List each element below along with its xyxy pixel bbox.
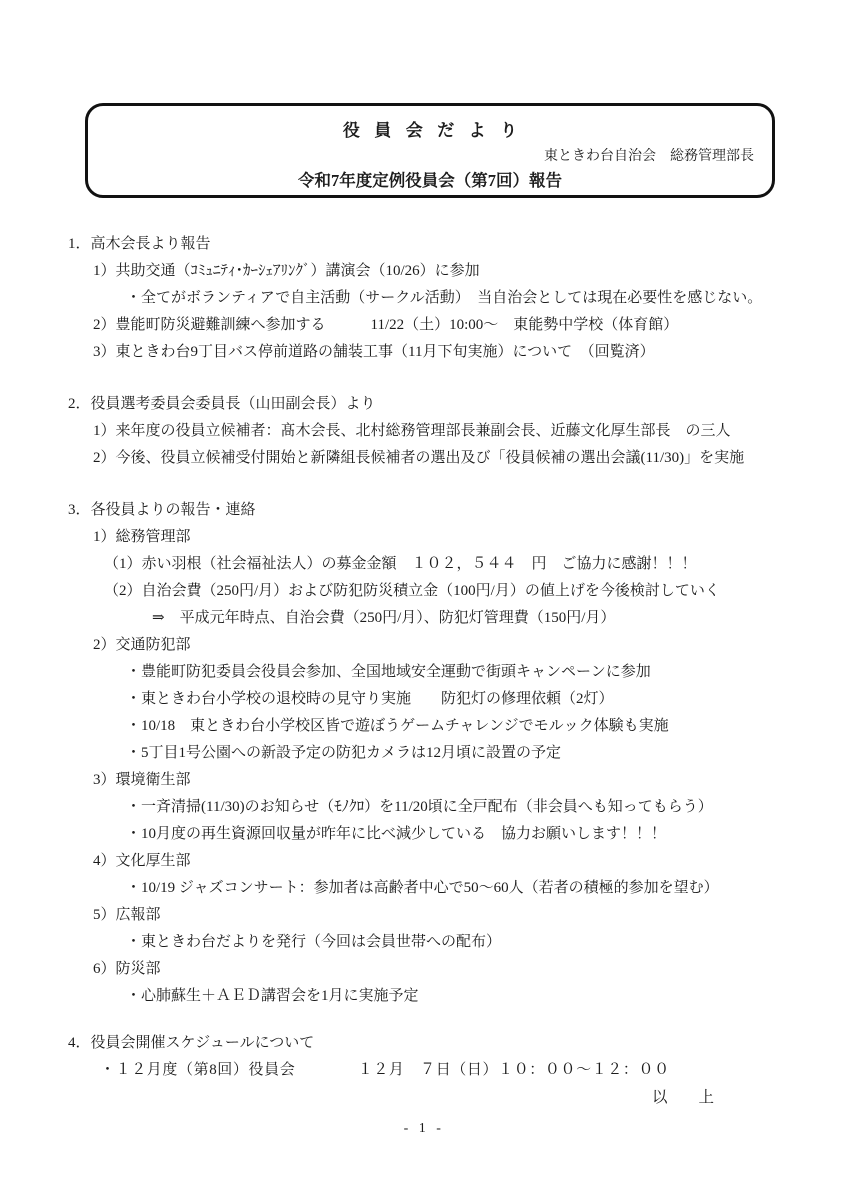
page-number: - 1 - — [0, 1121, 848, 1137]
general-affairs-item-2: （2）自治会費（250円/月）および防犯防災積立金（100円/月）の値上げを今後… — [0, 578, 848, 605]
section-1-item-1: 1）共助交通（ｺﾐｭﾆﾃｨ･ｶｰｼｪｱﾘﾝｸﾞ）講演会（10/26）に参加 — [0, 258, 848, 285]
header-box: 役員会だより 東ときわ台自治会 総務管理部長 令和7年度定例役員会（第7回）報告 — [85, 103, 775, 198]
traffic-crime-bullet-3: ・10/18 東ときわ台小学校区皆で遊ぼうゲームチャレンジでモルック体験も実施 — [0, 713, 848, 740]
closing-mark: 以 上 — [0, 1084, 848, 1111]
traffic-crime-bullet-4: ・5丁目1号公園への新設予定の防犯カメラは12月頃に設置の予定 — [0, 740, 848, 767]
section-2-heading: 2．役員選考委員会委員長（山田副会長）より — [0, 391, 848, 418]
dept-traffic-crime-heading: 2）交通防犯部 — [0, 632, 848, 659]
report-title: 令和7年度定例役員会（第7回）報告 — [88, 167, 772, 191]
dept-disaster-prevention-heading: 6）防災部 — [0, 956, 848, 983]
report-body: 1．高木会長より報告 1）共助交通（ｺﾐｭﾆﾃｨ･ｶｰｼｪｱﾘﾝｸﾞ）講演会（1… — [0, 231, 848, 1137]
traffic-crime-bullet-2: ・東ときわ台小学校の退校時の見守り実施 防犯灯の修理依頼（2灯） — [0, 686, 848, 713]
disaster-prevention-bullet-1: ・心肺蘇生＋ＡＥＤ講習会を1月に実施予定 — [0, 983, 848, 1010]
environment-bullet-2: ・10月度の再生資源回収量が昨年に比べ減少している 協力お願いします！！！ — [0, 821, 848, 848]
section-1-item-1-note: ・全てがボランティアで自主活動（サークル活動） 当自治会としては現在必要性を感じ… — [0, 285, 848, 312]
newsletter-title: 役員会だより — [88, 116, 772, 141]
dept-environment-heading: 3）環境衛生部 — [0, 767, 848, 794]
section-2-item-2: 2）今後、役員立候補受付開始と新隣組長候補者の選出及び「役員候補の選出会議(11… — [0, 445, 848, 472]
section-1-heading: 1．高木会長より報告 — [0, 231, 848, 258]
dept-pr-heading: 5）広報部 — [0, 902, 848, 929]
section-1-item-2: 2）豊能町防災避難訓練へ参加する 11/22（土）10:00～ 東能勢中学校（体… — [0, 312, 848, 339]
culture-welfare-bullet-1: ・10/19 ジャズコンサート：参加者は高齢者中心で50～60人（若者の積極的参… — [0, 875, 848, 902]
section-4-heading: 4．役員会開催スケジュールについて — [0, 1030, 848, 1057]
section-1-item-3: 3）東ときわ台9丁目バス停前道路の舗装工事（11月下旬実施）について （回覧済） — [0, 339, 848, 366]
organization-name: 東ときわ台自治会 総務管理部長 — [544, 145, 754, 165]
traffic-crime-bullet-1: ・豊能町防犯委員会役員会参加、全国地域安全運動で街頭キャンペーンに参加 — [0, 659, 848, 686]
section-2-item-1: 1）来年度の役員立候補者：髙木会長、北村総務管理部長兼副会長、近藤文化厚生部長 … — [0, 418, 848, 445]
document-page: 役員会だより 東ときわ台自治会 総務管理部長 令和7年度定例役員会（第7回）報告… — [0, 0, 848, 1200]
section-3-heading: 3．各役員よりの報告・連絡 — [0, 497, 848, 524]
environment-bullet-1: ・一斉清掃(11/30)のお知らせ（ﾓﾉｸﾛ）を11/20頃に全戸配布（非会員へ… — [0, 794, 848, 821]
dept-culture-welfare-heading: 4）文化厚生部 — [0, 848, 848, 875]
general-affairs-arrow-note: ⇒ 平成元年時点、自治会費（250円/月）、防犯灯管理費（150円/月） — [0, 605, 848, 632]
next-meeting-schedule: ・１２月度（第8回）役員会 １２月 ７日（日）１０：００～１２：００ — [0, 1057, 848, 1084]
dept-general-affairs-heading: 1）総務管理部 — [0, 524, 848, 551]
general-affairs-item-1: （1）赤い羽根（社会福祉法人）の募金金額 １０２，５４４ 円 ご協力に感謝！！！ — [0, 551, 848, 578]
pr-bullet-1: ・東ときわ台だよりを発行（今回は会員世帯への配布） — [0, 929, 848, 956]
